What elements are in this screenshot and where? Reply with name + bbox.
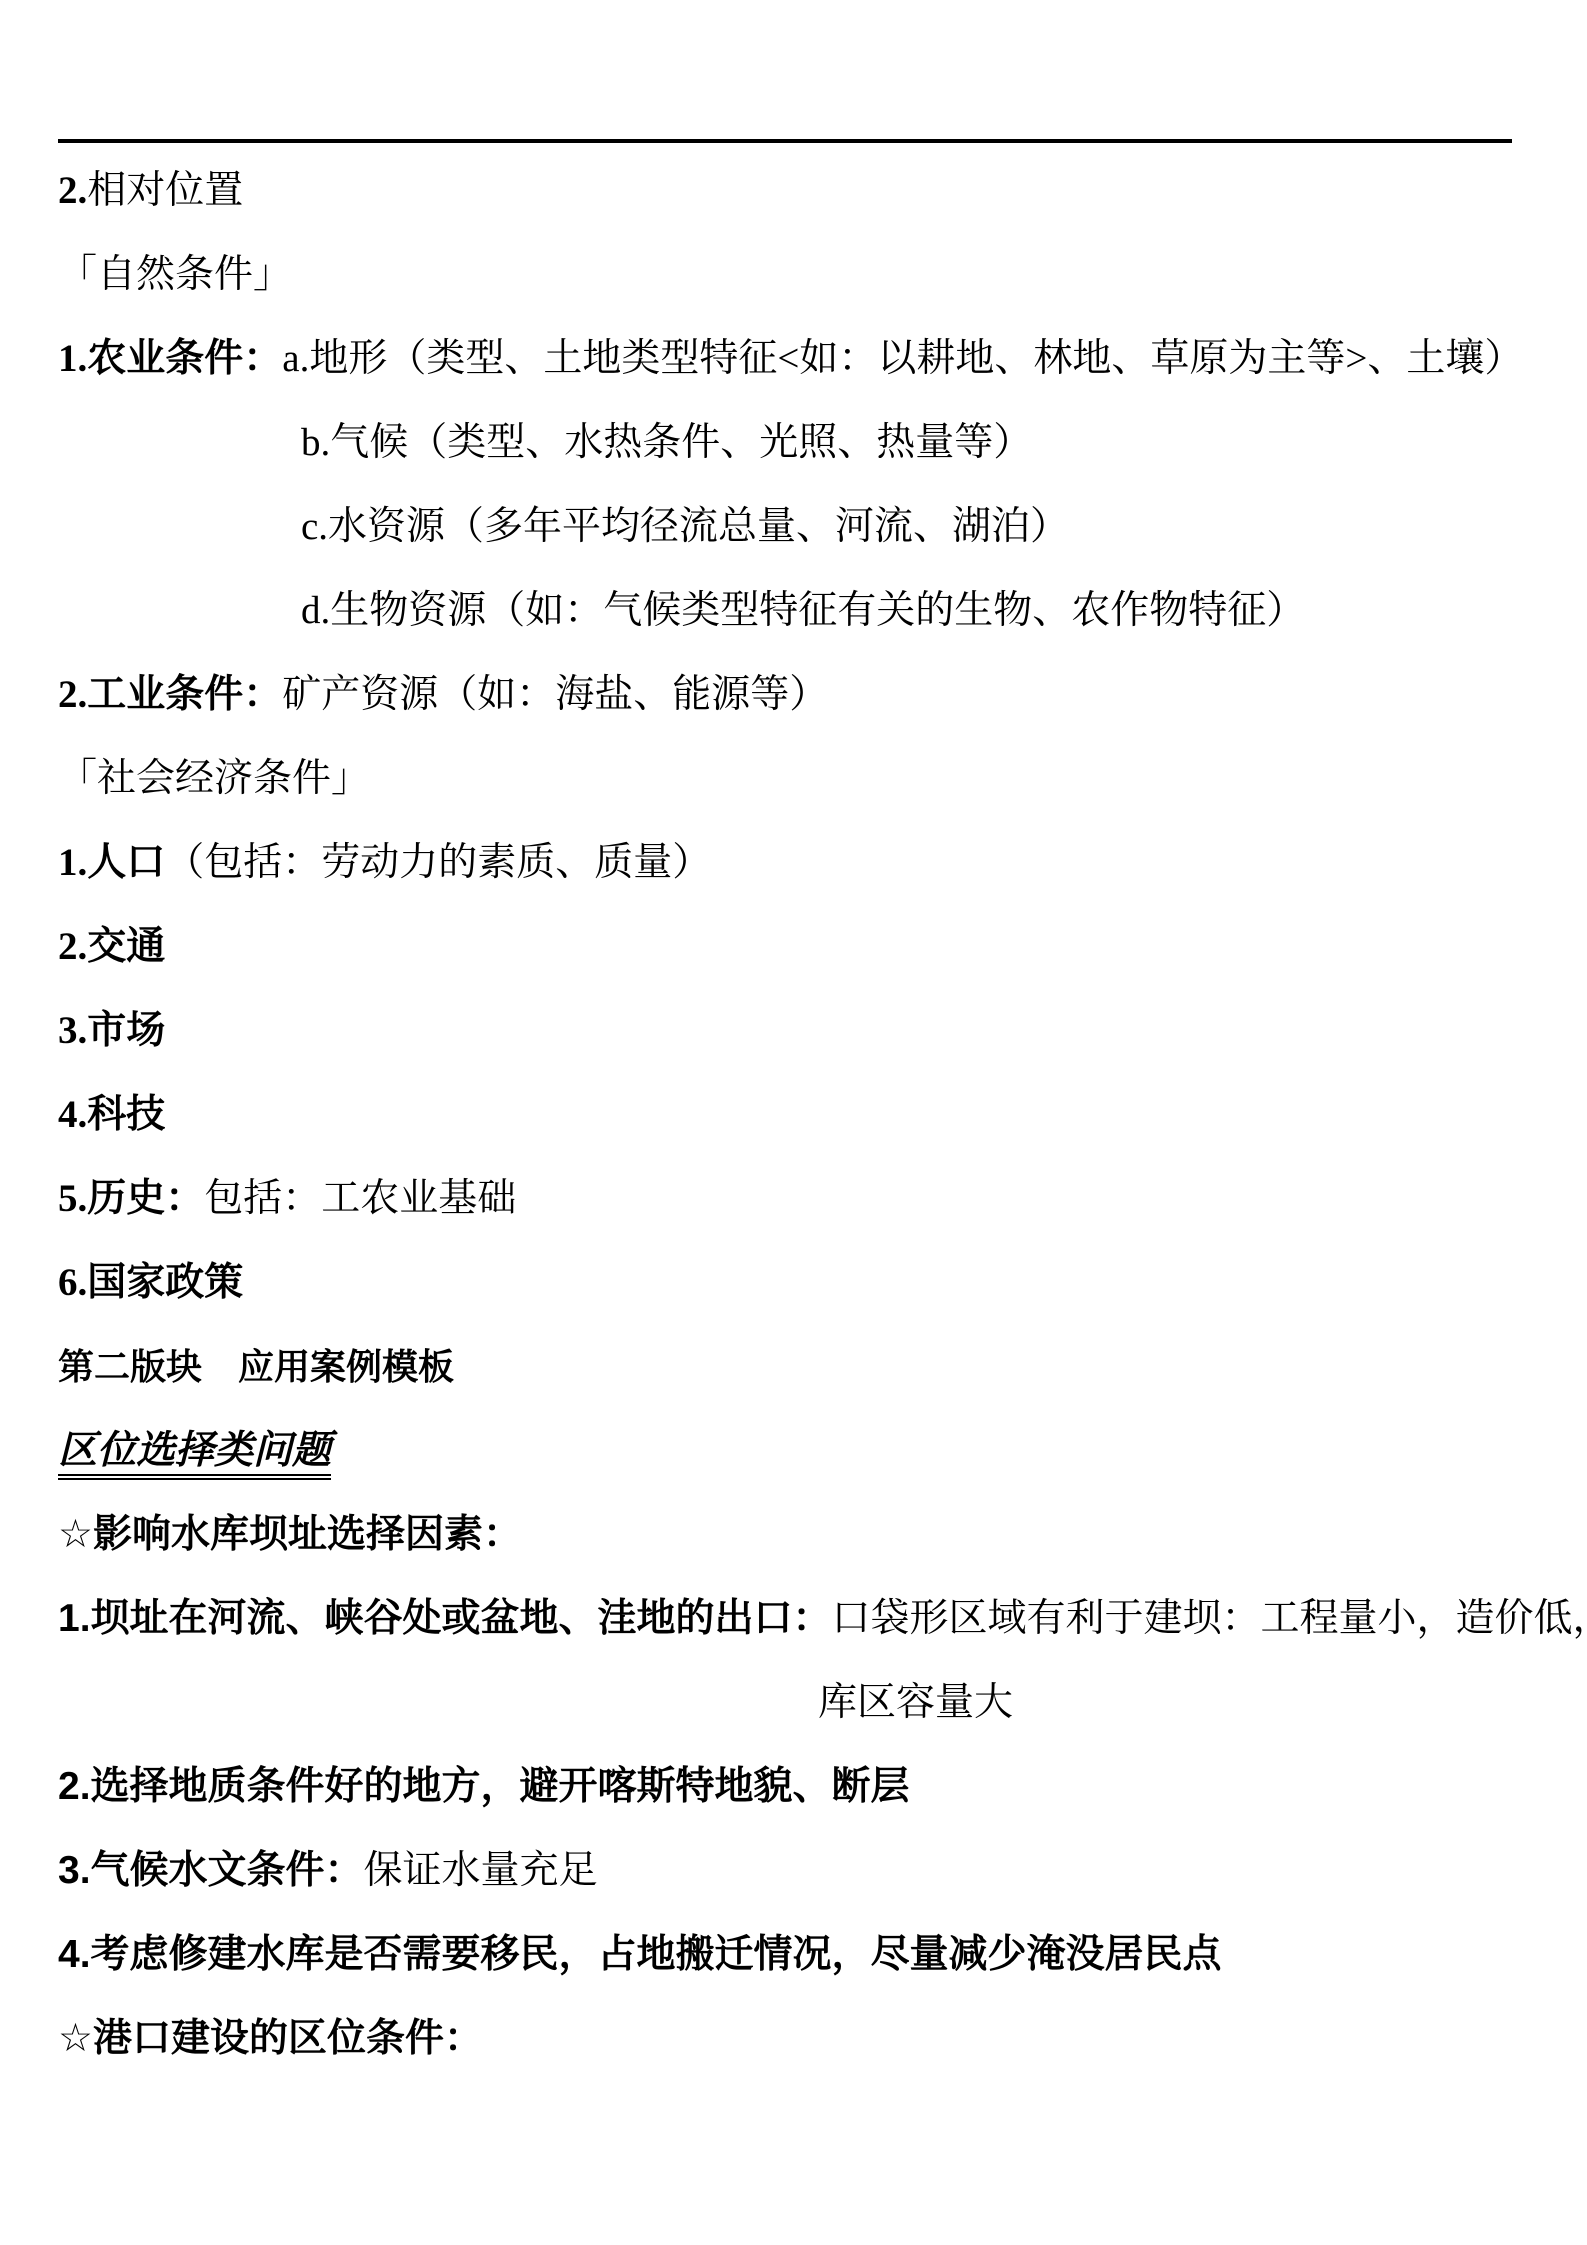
- para-socioeconomic-header: 「社会经济条件」: [58, 755, 1547, 803]
- para-climate-item: b.气候（类型、水热条件、光照、热量等）: [301, 419, 1547, 467]
- heading-text: 区位选择类问题: [58, 1429, 331, 1480]
- item-label: 2.交通: [58, 925, 165, 968]
- section-title-second-block: 第二版块 应用案例模板: [58, 1343, 1547, 1391]
- item-label: 3.气候水文条件：: [58, 1849, 364, 1892]
- star-heading-text: ☆港口建设的区位条件：: [58, 2017, 483, 2060]
- para-dam-site-item-3: 3.气候水文条件：保证水量充足: [58, 1847, 1547, 1895]
- para-dam-site-item-4: 4.考虑修建水库是否需要移民，占地搬迁情况，尽量减少淹没居民点: [58, 1931, 1547, 1979]
- para-transport: 2.交通: [58, 923, 1547, 971]
- para-technology: 4.科技: [58, 1091, 1547, 1139]
- item-label: 1.农业条件：: [58, 337, 282, 380]
- document-page: 2.相对位置 「自然条件」 1.农业条件：a.地形（类型、土地类型特征<如：以耕…: [0, 0, 1587, 2245]
- para-dam-site-item-1: 1.坝址在河流、峡谷处或盆地、洼地的出口：口袋形区域有利于建坝：工程量小，造价低…: [58, 1595, 1547, 1643]
- text-run: a.地形（类型、土地类型特征<如：以耕地、林地、草原为主等>、土壤）: [282, 337, 1523, 380]
- item-label: 2.: [58, 169, 87, 212]
- para-reservoir-dam-factors-header: ☆影响水库坝址选择因素：: [58, 1511, 1547, 1559]
- text-run: （包括：劳动力的素质、质量）: [165, 841, 711, 884]
- para-port-conditions-header: ☆港口建设的区位条件：: [58, 2015, 1547, 2063]
- item-label: 3.市场: [58, 1009, 165, 1052]
- text-run: 包括：工农业基础: [204, 1177, 516, 1220]
- text-run: 2.选择地质条件好的地方，避开喀斯特地貌、断层: [58, 1765, 910, 1808]
- text-run: 「自然条件」: [58, 253, 292, 296]
- para-agriculture-conditions: 1.农业条件：a.地形（类型、土地类型特征<如：以耕地、林地、草原为主等>、土壤…: [58, 335, 1547, 383]
- item-label: 1.坝址在河流、峡谷处或盆地、洼地的出口：: [58, 1597, 832, 1640]
- heading-location-selection: 区位选择类问题: [58, 1427, 1547, 1475]
- text-run: 库区容量大: [818, 1681, 1013, 1724]
- text-run: c.水资源（多年平均径流总量、河流、湖泊）: [301, 505, 1069, 548]
- item-label: 1.人口: [58, 841, 165, 884]
- para-relative-position: 2.相对位置: [58, 167, 1547, 215]
- text-run: 相对位置: [87, 169, 243, 212]
- text-run: 保证水量充足: [364, 1849, 598, 1892]
- para-population: 1.人口（包括：劳动力的素质、质量）: [58, 839, 1547, 887]
- item-label: 6.国家政策: [58, 1261, 243, 1304]
- para-bio-resources-item: d.生物资源（如：气候类型特征有关的生物、农作物特征）: [301, 587, 1547, 635]
- item-label: 4.科技: [58, 1093, 165, 1136]
- star-heading-text: ☆影响水库坝址选择因素：: [58, 1513, 522, 1556]
- item-label: 5.历史：: [58, 1177, 204, 1220]
- para-industry-conditions: 2.工业条件：矿产资源（如：海盐、能源等）: [58, 671, 1547, 719]
- text-run: 矿产资源（如：海盐、能源等）: [282, 673, 828, 716]
- text-run: 口袋形区域有利于建坝：工程量小，造价低，: [832, 1597, 1587, 1640]
- text-run: 4.考虑修建水库是否需要移民，占地搬迁情况，尽量减少淹没居民点: [58, 1933, 1222, 1976]
- separator-line: [58, 139, 1512, 143]
- para-water-resources-item: c.水资源（多年平均径流总量、河流、湖泊）: [301, 503, 1547, 551]
- text-run: b.气候（类型、水热条件、光照、热量等）: [301, 421, 1032, 464]
- text-run: d.生物资源（如：气候类型特征有关的生物、农作物特征）: [301, 589, 1305, 632]
- para-national-policy: 6.国家政策: [58, 1259, 1547, 1307]
- item-label: 2.工业条件：: [58, 673, 282, 716]
- para-history: 5.历史：包括：工农业基础: [58, 1175, 1547, 1223]
- para-market: 3.市场: [58, 1007, 1547, 1055]
- text-run: 「社会经济条件」: [58, 757, 370, 800]
- para-natural-conditions-header: 「自然条件」: [58, 251, 1547, 299]
- section-title-text: 第二版块 应用案例模板: [58, 1347, 454, 1387]
- para-dam-site-item-2: 2.选择地质条件好的地方，避开喀斯特地貌、断层: [58, 1763, 1547, 1811]
- para-dam-site-item-1-continued: 库区容量大: [818, 1679, 1547, 1727]
